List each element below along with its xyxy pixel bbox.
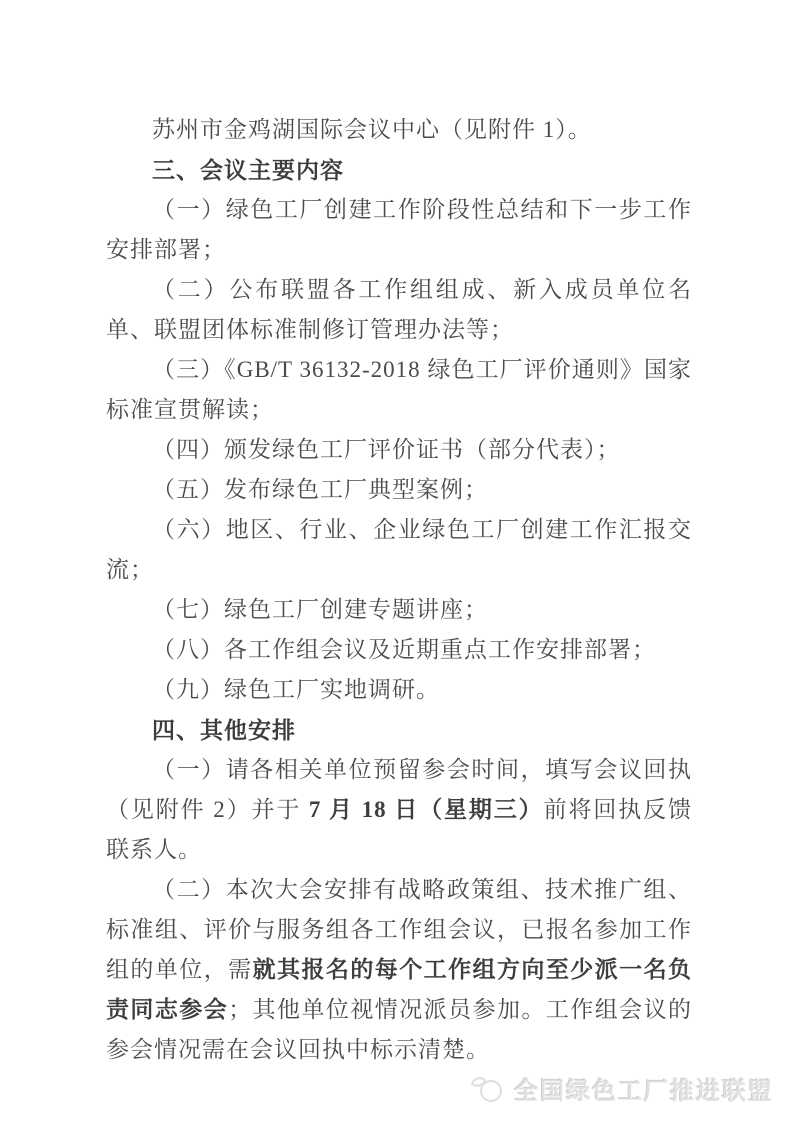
agenda-item-9: （九）绿色工厂实地调研。 — [106, 670, 692, 710]
venue-line: 苏州市金鸡湖国际会议中心（见附件 1）。 — [106, 110, 692, 150]
agenda-item-5: （五）发布绿色工厂典型案例； — [106, 470, 692, 510]
section-heading-other-arrangements: 四、其他安排 — [106, 710, 692, 750]
other-item-2: （二）本次大会安排有战略政策组、技术推广组、标准组、评价与服务组各工作组会议，已… — [106, 870, 692, 1070]
document-page: 苏州市金鸡湖国际会议中心（见附件 1）。 三、会议主要内容 （一）绿色工厂创建工… — [0, 0, 796, 1122]
agenda-item-3: （三）《GB/T 36132-2018 绿色工厂评价通则》国家标准宣贯解读； — [106, 350, 692, 430]
agenda-item-8: （八）各工作组会议及近期重点工作安排部署； — [106, 630, 692, 670]
agenda-item-4: （四）颁发绿色工厂评价证书（部分代表）； — [106, 430, 692, 470]
footer-watermark: 全国绿色工厂推进联盟 — [469, 1071, 774, 1106]
section-heading-main-content: 三、会议主要内容 — [106, 150, 692, 190]
agenda-item-6: （六）地区、行业、企业绿色工厂创建工作汇报交流； — [106, 510, 692, 590]
bold-deadline-run: 7 月 18 日（星期三） — [309, 797, 544, 822]
agenda-item-2: （二）公布联盟各工作组组成、新入成员单位名单、联盟团体标准制修订管理办法等； — [106, 270, 692, 350]
agenda-item-7: （七）绿色工厂创建专题讲座； — [106, 590, 692, 630]
other-item-1: （一）请各相关单位预留参会时间，填写会议回执（见附件 2）并于 7 月 18 日… — [106, 750, 692, 870]
agenda-item-1: （一）绿色工厂创建工作阶段性总结和下一步工作安排部署； — [106, 190, 692, 270]
document-content: 苏州市金鸡湖国际会议中心（见附件 1）。 三、会议主要内容 （一）绿色工厂创建工… — [106, 110, 692, 1070]
alliance-name: 全国绿色工厂推进联盟 — [514, 1071, 774, 1106]
alliance-logo-icon — [469, 1074, 505, 1104]
